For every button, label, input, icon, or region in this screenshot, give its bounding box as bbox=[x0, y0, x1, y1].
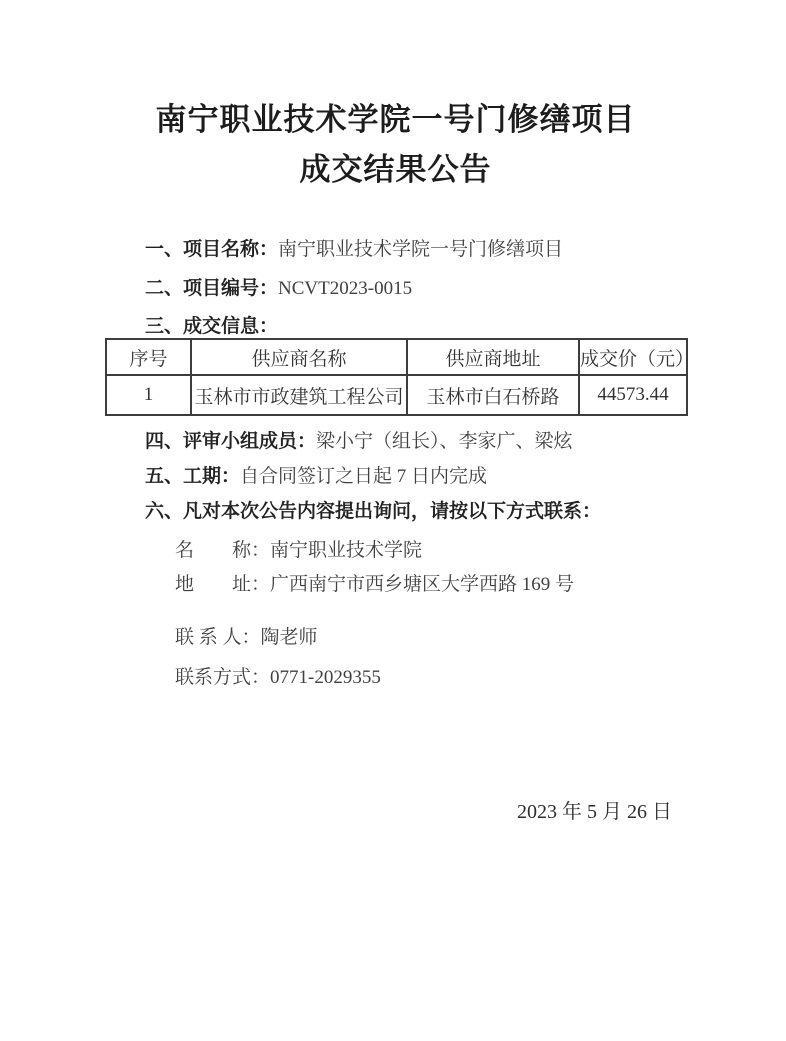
review-team-value: 梁小宁（组长）、李家广、梁炫 bbox=[316, 431, 573, 452]
col-header-supplier-name: 供应商名称 bbox=[191, 339, 407, 375]
contact-method-label: 联系方式： bbox=[175, 667, 270, 688]
announcement-date: 2023 年 5 月 26 日 bbox=[105, 799, 672, 825]
document-page: 南宁职业技术学院一号门修缮项目 成交结果公告 一、项目名称：南宁职业技术学院一号… bbox=[0, 0, 786, 1041]
duration-value: 自合同签订之日起 7 日内完成 bbox=[240, 466, 487, 487]
contact-name-value: 南宁职业技术学院 bbox=[270, 540, 422, 561]
col-header-supplier-address: 供应商地址 bbox=[407, 339, 579, 375]
section-inquiry: 六、凡对本次公告内容提出询问，请按以下方式联系： bbox=[145, 499, 686, 525]
col-header-seq: 序号 bbox=[106, 339, 191, 375]
title-line-2: 成交结果公告 bbox=[105, 145, 686, 195]
section-review-team: 四、评审小组成员：梁小宁（组长）、李家广、梁炫 bbox=[145, 429, 686, 455]
award-table-row: 1 玉林市市政建筑工程公司 玉林市白石桥路 44573.44 bbox=[106, 375, 687, 415]
award-table-header-row: 序号 供应商名称 供应商地址 成交价（元） bbox=[106, 339, 687, 375]
inquiry-label: 六、凡对本次公告内容提出询问，请按以下方式联系： bbox=[145, 501, 601, 522]
contact-name-label: 名 称： bbox=[175, 540, 270, 561]
section-project-name: 一、项目名称：南宁职业技术学院一号门修缮项目 bbox=[145, 237, 686, 263]
cell-seq: 1 bbox=[106, 375, 191, 415]
contact-person-label: 联 系 人： bbox=[175, 627, 261, 648]
duration-label: 五、工期： bbox=[145, 466, 240, 487]
contact-address-label: 地 址： bbox=[175, 574, 270, 595]
section-award-info: 三、成交信息： bbox=[145, 314, 686, 340]
project-code-value: NCVT2023-0015 bbox=[278, 278, 412, 299]
award-info-label: 三、成交信息： bbox=[145, 316, 278, 337]
col-header-award-price: 成交价（元） bbox=[579, 339, 687, 375]
project-code-label: 二、项目编号： bbox=[145, 278, 278, 299]
award-table: 序号 供应商名称 供应商地址 成交价（元） 1 玉林市市政建筑工程公司 玉林市白… bbox=[105, 338, 688, 416]
contact-person-line: 联 系 人：陶老师 bbox=[175, 625, 686, 651]
cell-award-price: 44573.44 bbox=[579, 375, 687, 415]
project-name-value: 南宁职业技术学院一号门修缮项目 bbox=[278, 239, 563, 260]
project-name-label: 一、项目名称： bbox=[145, 239, 278, 260]
cell-supplier-name: 玉林市市政建筑工程公司 bbox=[191, 375, 407, 415]
contact-person-value: 陶老师 bbox=[261, 627, 318, 648]
section-duration: 五、工期：自合同签订之日起 7 日内完成 bbox=[145, 464, 686, 490]
review-team-label: 四、评审小组成员： bbox=[145, 431, 316, 452]
title-line-1: 南宁职业技术学院一号门修缮项目 bbox=[105, 95, 686, 145]
section-project-code: 二、项目编号：NCVT2023-0015 bbox=[145, 276, 686, 302]
contact-method-value: 0771-2029355 bbox=[270, 667, 381, 688]
document-title: 南宁职业技术学院一号门修缮项目 成交结果公告 bbox=[105, 95, 686, 195]
contact-method-line: 联系方式：0771-2029355 bbox=[175, 665, 686, 691]
contact-name-line: 名 称：南宁职业技术学院 bbox=[175, 538, 686, 564]
cell-supplier-address: 玉林市白石桥路 bbox=[407, 375, 579, 415]
contact-address-value: 广西南宁市西乡塘区大学西路 169 号 bbox=[270, 574, 574, 595]
contact-address-line: 地 址：广西南宁市西乡塘区大学西路 169 号 bbox=[175, 572, 686, 598]
